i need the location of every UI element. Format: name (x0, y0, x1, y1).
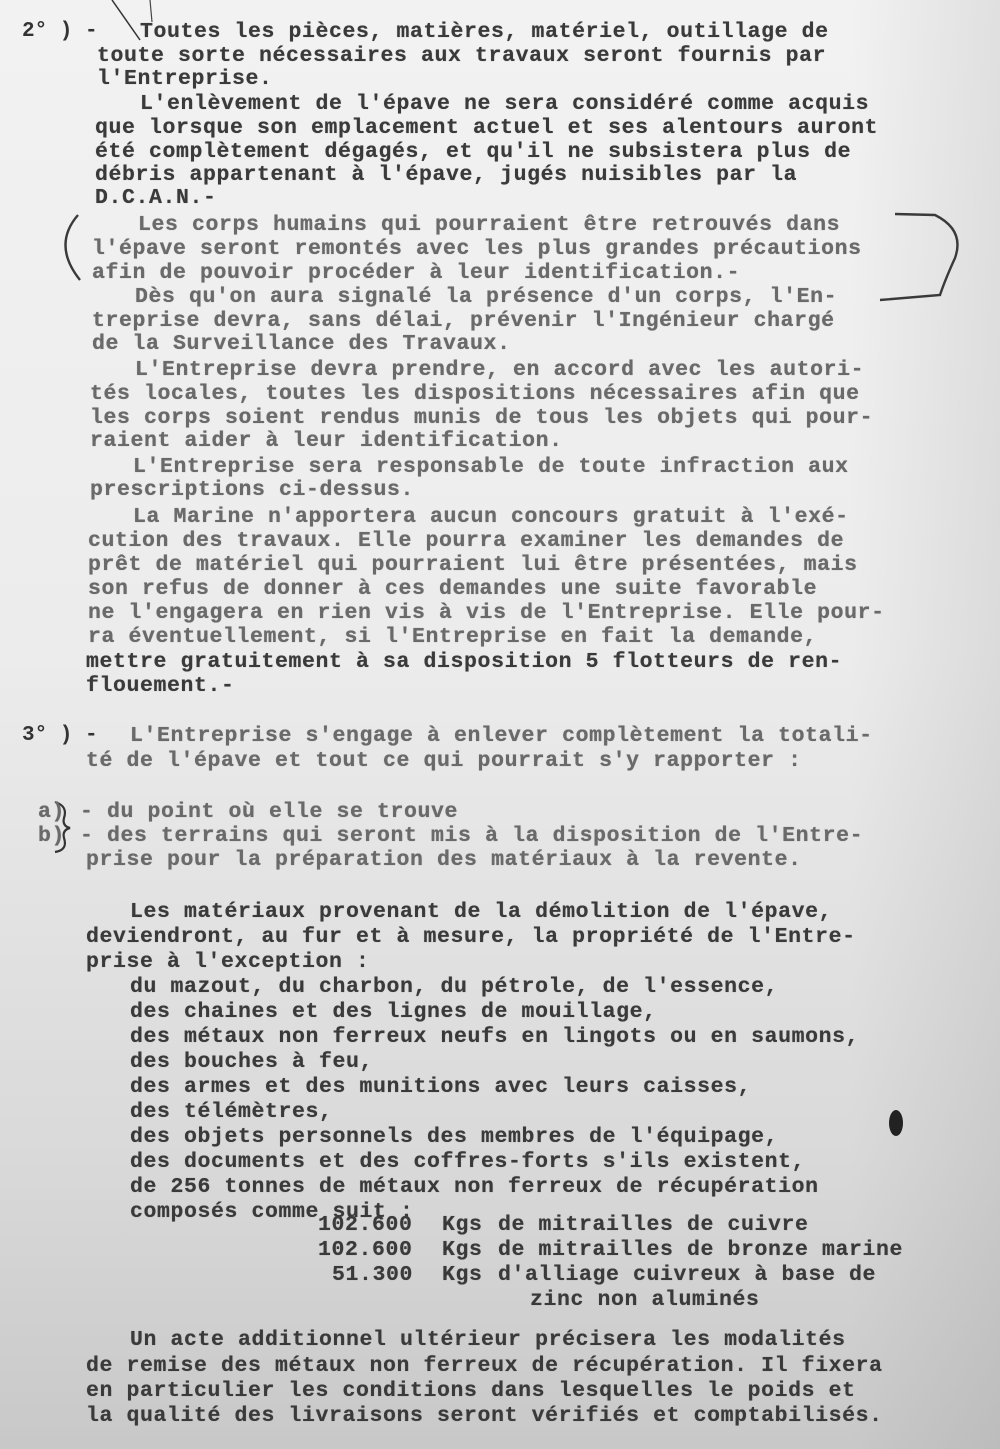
text-line: l'Entreprise. (97, 67, 273, 91)
section-number: 2° ) - (22, 20, 98, 43)
text-line: té de l'épave et tout ce qui pourrait s'… (86, 749, 802, 773)
text-line: Les corps humains qui pourraient être re… (138, 213, 840, 237)
composition-unit: Kgs (442, 1263, 483, 1287)
exception-item: des bouches à feu, (130, 1050, 373, 1074)
composition-description: de mitrailles de cuivre (498, 1213, 809, 1237)
text-line: Dès qu'on aura signalé la présence d'un … (135, 285, 837, 309)
exception-item: du mazout, du charbon, du pétrole, de l'… (130, 975, 778, 999)
text-line: l'épave seront remontés avec les plus gr… (92, 237, 862, 261)
text-line: cution des travaux. Elle pourra examiner… (88, 529, 844, 553)
exception-item: des télémètres, (130, 1100, 333, 1124)
text-line: Toutes les pièces, matières, matériel, o… (140, 20, 829, 44)
exception-item: des documents et des coffres-forts s'ils… (130, 1150, 805, 1174)
text-line: flouement.- (86, 674, 235, 698)
list-item-label: a) (38, 800, 65, 824)
text-line: prise à l'exception : (86, 950, 370, 974)
list-item: - des terrains qui seront mis à la dispo… (80, 824, 863, 848)
text-line: ra éventuellement, si l'Entreprise en fa… (88, 625, 817, 649)
composition-unit: Kgs (442, 1238, 483, 1262)
composition-description: d'alliage cuivreux à base de (498, 1263, 876, 1287)
text-line: L'Entreprise devra prendre, en accord av… (135, 358, 864, 382)
text-line: treprise devra, sans délai, prévenir l'I… (92, 309, 835, 333)
text-line: en particulier les conditions dans lesqu… (86, 1379, 856, 1403)
text-line: L'Entreprise s'engage à enlever complète… (130, 724, 873, 748)
exception-item: des objets personnels des membres de l'é… (130, 1125, 778, 1149)
composition-quantity: 102.600 (318, 1238, 413, 1262)
text-line: été complètement dégagés, et qu'il ne su… (95, 140, 851, 164)
exception-item: des chaines et des lignes de mouillage, (130, 1000, 657, 1024)
text-line: L'enlèvement de l'épave ne sera considér… (140, 92, 869, 116)
text-line: son refus de donner à ces demandes une s… (88, 577, 817, 601)
text-line: que lorsque son emplacement actuel et se… (95, 116, 878, 140)
text-line: D.C.A.N.- (95, 186, 217, 210)
text-line: de remise des métaux non ferreux de récu… (86, 1354, 883, 1378)
exception-item: de 256 tonnes de métaux non ferreux de r… (130, 1175, 819, 1199)
text-line: tés locales, toutes les dispositions néc… (90, 382, 860, 406)
text-line: ne l'engagera en rien vis à vis de l'Ent… (88, 601, 885, 625)
text-line: de la Surveillance des Travaux. (92, 332, 511, 356)
text-line: toute sorte nécessaires aux travaux sero… (97, 44, 826, 68)
exception-item: des métaux non ferreux neufs en lingots … (130, 1025, 859, 1049)
text-line: la qualité des livraisons seront vérifié… (86, 1404, 883, 1428)
text-line: afin de pouvoir procéder à leur identifi… (92, 261, 740, 285)
text-line: mettre gratuitement à sa disposition 5 f… (86, 650, 842, 674)
text-line: La Marine n'apportera aucun concours gra… (133, 505, 849, 529)
text-line: Un acte additionnel ultérieur précisera … (130, 1328, 846, 1352)
text-line: L'Entreprise sera responsable de toute i… (133, 455, 849, 479)
text-line: prêt de matériel qui pourraient lui être… (88, 553, 858, 577)
composition-description: zinc non aluminés (530, 1288, 760, 1312)
text-line: raient aider à leur identification. (90, 429, 563, 453)
text-line: les corps soient rendus munis de tous le… (90, 406, 873, 430)
text-line: deviendront, au fur et à mesure, la prop… (86, 925, 856, 949)
text-line: Les matériaux provenant de la démolition… (130, 900, 832, 924)
list-item: prise pour la préparation des matériaux … (86, 848, 802, 872)
composition-quantity: 51.300 (332, 1263, 413, 1287)
scanned-document-page: 2° ) - Toutes les pièces, matières, maté… (0, 0, 1000, 1449)
section-number: 3° ) - (22, 724, 98, 747)
composition-quantity: 102.600 (318, 1213, 413, 1237)
list-item: - du point où elle se trouve (80, 800, 458, 824)
exception-item: des armes et des munitions avec leurs ca… (130, 1075, 751, 1099)
text-line: débris appartenant à l'épave, jugés nuis… (95, 163, 797, 187)
text-line: prescriptions ci-dessus. (90, 478, 414, 502)
composition-unit: Kgs (442, 1213, 483, 1237)
list-item-label: b) (38, 824, 65, 848)
composition-description: de mitrailles de bronze marine (498, 1238, 903, 1262)
